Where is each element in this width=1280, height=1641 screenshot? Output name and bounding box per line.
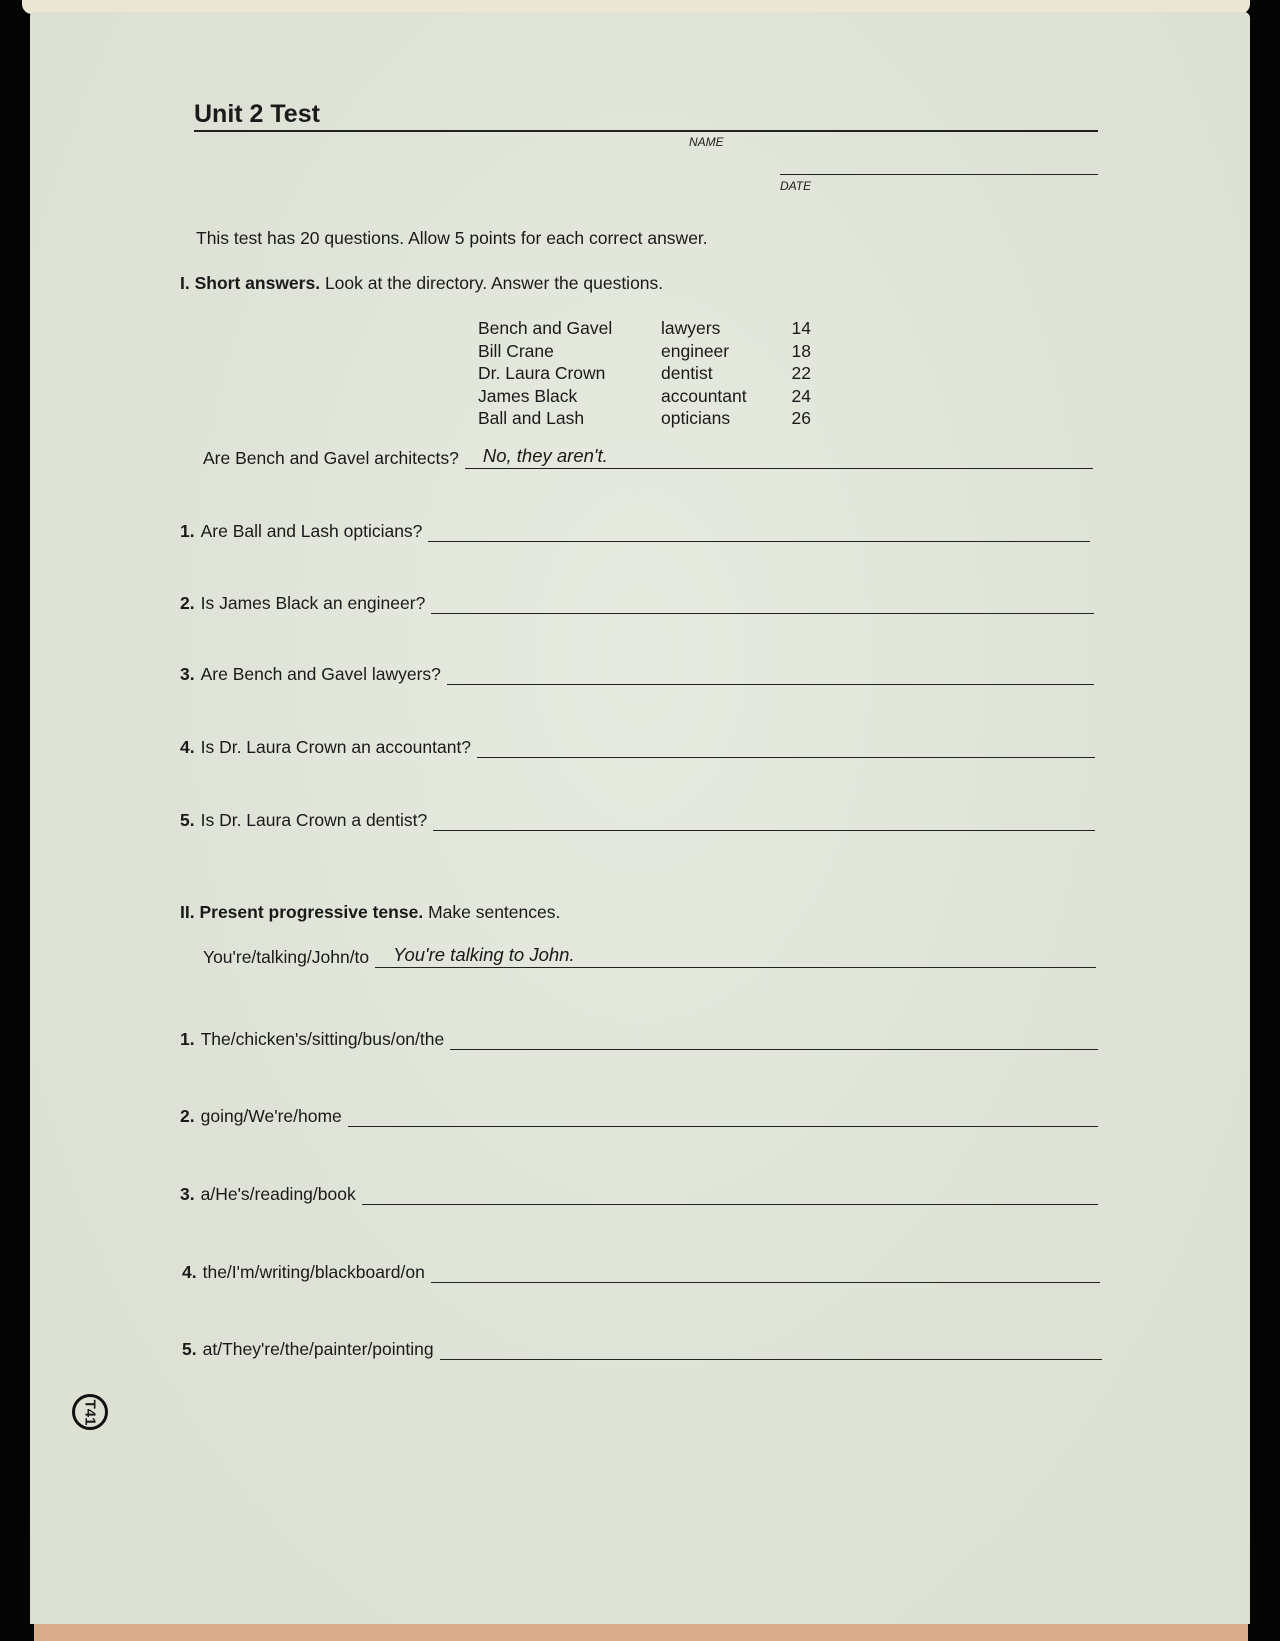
directory-number: 26: [781, 407, 811, 430]
directory-name: Dr. Laura Crown: [478, 362, 661, 385]
directory-name: James Black: [478, 385, 661, 408]
question-prompt: the/I'm/writing/blackboard/on: [203, 1262, 425, 1283]
page-number-badge: T41: [72, 1394, 108, 1430]
question-item: 1. The/chicken's/sitting/bus/on/the: [180, 1029, 1098, 1050]
directory-occupation: engineer: [661, 340, 781, 363]
directory-name: Bench and Gavel: [478, 317, 661, 340]
answer-line[interactable]: [431, 593, 1094, 614]
question-number: 2.: [180, 1106, 195, 1127]
question-prompt: Is James Black an engineer?: [201, 593, 426, 614]
directory-row: Dr. Laura Crown dentist 22: [478, 362, 811, 385]
test-instructions: This test has 20 questions. Allow 5 poin…: [196, 228, 708, 249]
question-prompt: Is Dr. Laura Crown a dentist?: [201, 810, 428, 831]
example-answer: You're talking to John.: [393, 944, 574, 966]
directory-number: 18: [781, 340, 811, 363]
question-item: 3. Are Bench and Gavel lawyers?: [180, 664, 1094, 685]
section-2-numeral: II.: [180, 902, 195, 922]
question-item: 3. a/He's/reading/book: [180, 1184, 1098, 1205]
question-prompt: Are Ball and Lash opticians?: [201, 521, 423, 542]
answer-line[interactable]: [450, 1029, 1098, 1050]
example-answer: No, they aren't.: [483, 445, 608, 467]
directory-occupation: lawyers: [661, 317, 781, 340]
section-1-example: Are Bench and Gavel architects? No, they…: [203, 448, 1093, 469]
question-number: 4.: [182, 1262, 197, 1283]
section-1-instruction: Look at the directory. Answer the questi…: [325, 273, 663, 293]
answer-line[interactable]: [362, 1184, 1098, 1205]
answer-line[interactable]: [447, 664, 1094, 685]
directory-occupation: dentist: [661, 362, 781, 385]
question-number: 3.: [180, 664, 195, 685]
example-prompt: You're/talking/John/to: [203, 947, 369, 968]
question-number: 2.: [180, 593, 195, 614]
directory-row: Ball and Lash opticians 26: [478, 407, 811, 430]
section-2-title: Present progressive tense.: [199, 902, 423, 922]
name-field-line[interactable]: [194, 130, 1098, 132]
question-item: 4. the/I'm/writing/blackboard/on: [182, 1262, 1100, 1283]
question-item: 2. Is James Black an engineer?: [180, 593, 1094, 614]
answer-line[interactable]: [431, 1262, 1100, 1283]
date-label: DATE: [780, 179, 811, 193]
section-2-example: You're/talking/John/to You're talking to…: [203, 947, 1096, 968]
example-prompt: Are Bench and Gavel architects?: [203, 448, 459, 469]
directory-number: 14: [781, 317, 811, 340]
directory-row: Bench and Gavel lawyers 14: [478, 317, 811, 340]
question-prompt: going/We're/home: [201, 1106, 342, 1127]
answer-line[interactable]: [440, 1339, 1102, 1360]
question-number: 3.: [180, 1184, 195, 1205]
answer-line[interactable]: [348, 1106, 1098, 1127]
page-number: T41: [81, 1399, 98, 1425]
question-prompt: Are Bench and Gavel lawyers?: [201, 664, 441, 685]
directory-name: Ball and Lash: [478, 407, 661, 430]
directory-number: 24: [781, 385, 811, 408]
directory-table: Bench and Gavel lawyers 14 Bill Crane en…: [478, 317, 811, 430]
page-title: Unit 2 Test: [194, 100, 320, 129]
section-1-heading: I. Short answers. Look at the directory.…: [180, 273, 663, 294]
answer-line[interactable]: [433, 810, 1095, 831]
example-answer-line: No, they aren't.: [465, 448, 1093, 469]
question-item: 4. Is Dr. Laura Crown an accountant?: [180, 737, 1095, 758]
directory-name: Bill Crane: [478, 340, 661, 363]
question-prompt: a/He's/reading/book: [201, 1184, 356, 1205]
question-number: 4.: [180, 737, 195, 758]
directory-occupation: accountant: [661, 385, 781, 408]
question-item: 2. going/We're/home: [180, 1106, 1098, 1127]
directory-number: 22: [781, 362, 811, 385]
answer-line[interactable]: [428, 521, 1090, 542]
date-field-line[interactable]: [780, 174, 1098, 175]
question-item: 5. at/They're/the/painter/pointing: [182, 1339, 1102, 1360]
directory-row: Bill Crane engineer 18: [478, 340, 811, 363]
section-1-title: Short answers.: [195, 273, 320, 293]
question-prompt: at/They're/the/painter/pointing: [203, 1339, 434, 1360]
question-number: 1.: [180, 521, 195, 542]
section-2-instruction: Make sentences.: [428, 902, 560, 922]
question-item: 5. Is Dr. Laura Crown a dentist?: [180, 810, 1095, 831]
name-label: NAME: [689, 135, 724, 149]
question-item: 1. Are Ball and Lash opticians?: [180, 521, 1090, 542]
question-number: 5.: [182, 1339, 197, 1360]
directory-row: James Black accountant 24: [478, 385, 811, 408]
section-1-numeral: I.: [180, 273, 190, 293]
question-number: 1.: [180, 1029, 195, 1050]
section-2-heading: II. Present progressive tense. Make sent…: [180, 902, 560, 923]
directory-occupation: opticians: [661, 407, 781, 430]
answer-line[interactable]: [477, 737, 1095, 758]
question-prompt: Is Dr. Laura Crown an accountant?: [201, 737, 471, 758]
example-answer-line: You're talking to John.: [375, 947, 1096, 968]
question-number: 5.: [180, 810, 195, 831]
question-prompt: The/chicken's/sitting/bus/on/the: [201, 1029, 445, 1050]
